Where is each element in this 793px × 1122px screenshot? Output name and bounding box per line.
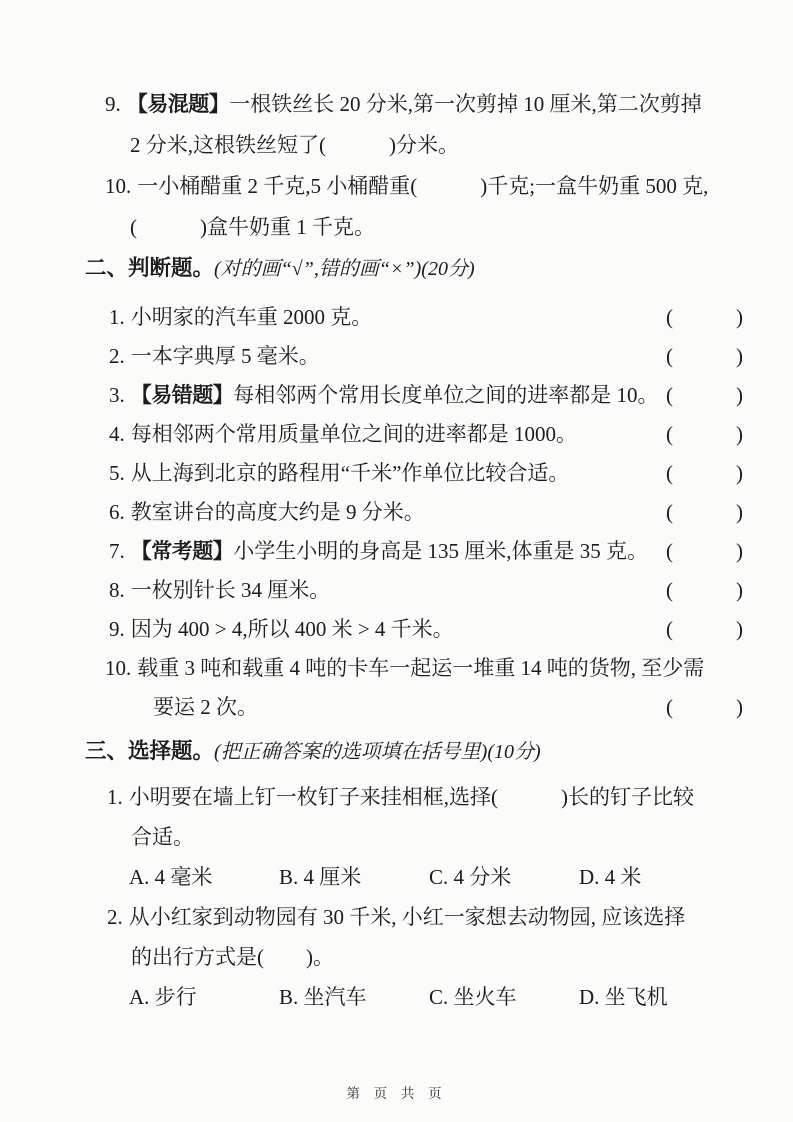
item-text: 每相邻两个常用长度单位之间的进率都是 10。 [233,383,658,407]
item-text: 小明家的汽车重 2000 克。 [131,305,373,329]
item-text: 一本字典厚 5 毫米。 [131,344,320,368]
question-tag: 【易混题】 [127,93,230,116]
item-number: 9. [109,617,125,641]
item-number: 10. [105,656,131,680]
judgment-item-7: 7.【常考题】小学生小明的身高是 135 厘米,体重是 35 克。 ( ) [85,532,743,571]
choice-question-1-options: A. 4 毫米B. 4 厘米C. 4 分米D. 4 米 [85,857,743,897]
question-text: 从小红家到动物园有 30 千米, 小红一家想去动物园, 应该选择 [129,905,686,929]
question-number: 1. [107,785,123,809]
judgment-text: 9.因为 400 > 4,所以 400 米 > 4 千米。 [109,610,454,649]
judgment-item-2: 2.一本字典厚 5 毫米。 ( ) [85,337,743,376]
item-tag: 【常考题】 [131,540,234,563]
question-text: 一根铁丝长 20 分米,第一次剪掉 10 厘米,第二次剪掉 [229,92,702,116]
item-text: 载重 3 吨和载重 4 吨的卡车一起运一堆重 14 吨的货物, 至少需 [137,656,704,680]
option-a: A. 步行 [129,977,279,1017]
judgment-item-8: 8.一枚别针长 34 厘米。 ( ) [85,571,743,610]
section3-header: 三、选择题。(把正确答案的选项填在括号里)(10分) [85,731,743,772]
judgment-item-10: 10.载重 3 吨和载重 4 吨的卡车一起运一堆重 14 吨的货物, 至少需 [85,649,743,688]
judgment-item-1: 1.小明家的汽车重 2000 克。 ( ) [85,298,743,337]
judgment-item-4: 4.每相邻两个常用质量单位之间的进率都是 1000。 ( ) [85,415,743,454]
answer-bracket: ( ) [666,532,743,571]
judgment-text: 6.教室讲台的高度大约是 9 分米。 [109,493,425,532]
option-b: B. 坐汽车 [279,977,429,1017]
choice-question-2: 2.从小红家到动物园有 30 千米, 小红一家想去动物园, 应该选择 [85,897,743,937]
item-number: 8. [109,578,125,602]
section2-header: 二、判断题。(对的画“√”,错的画“×”)(20分) [85,248,743,289]
judgment-item-3: 3.【易错题】每相邻两个常用长度单位之间的进率都是 10。 ( ) [85,376,743,415]
fill-in-question-10: 10.一小桶醋重 2 千克,5 小桶醋重( )千克;一盒牛奶重 500 克, [85,166,743,207]
judgment-text: 3.【易错题】每相邻两个常用长度单位之间的进率都是 10。 [109,376,659,415]
item-tag: 【易错题】 [131,384,234,407]
section2-title: 二、判断题。 [85,256,214,280]
question-number: 10. [105,174,131,198]
item-number: 3. [109,383,125,407]
item-number: 4. [109,422,125,446]
exam-content: 9.【易混题】一根铁丝长 20 分米,第一次剪掉 10 厘米,第二次剪掉 2 分… [85,84,743,1017]
option-b: B. 4 厘米 [279,857,429,897]
answer-bracket: ( ) [666,454,743,493]
page-footer: 第 页 共 页 [0,1082,793,1102]
item-number: 5. [109,461,125,485]
judgment-text: 8.一枚别针长 34 厘米。 [109,571,330,610]
judgment-item-6: 6.教室讲台的高度大约是 9 分米。 ( ) [85,493,743,532]
section3-instruction: (把正确答案的选项填在括号里)(10分) [214,741,541,763]
item-text: 每相邻两个常用质量单位之间的进率都是 1000。 [131,422,577,446]
exam-page: 9.【易混题】一根铁丝长 20 分米,第一次剪掉 10 厘米,第二次剪掉 2 分… [0,0,793,1122]
answer-bracket: ( ) [666,376,743,415]
item-text: 要运 2 次。 [153,695,258,719]
choice-question-1: 1.小明要在墙上钉一枚钉子来挂相框,选择( )长的钉子比较 [85,777,743,817]
option-c: C. 坐火车 [429,977,579,1017]
answer-bracket: ( ) [666,688,743,727]
option-d: D. 坐飞机 [579,977,668,1017]
judgment-item-10-cont: 要运 2 次。 ( ) [85,688,743,727]
judgment-text: 2.一本字典厚 5 毫米。 [109,337,320,376]
item-number: 2. [109,344,125,368]
judgment-item-5: 5.从上海到北京的路程用“千米”作单位比较合适。 ( ) [85,454,743,493]
answer-bracket: ( ) [666,337,743,376]
answer-bracket: ( ) [666,493,743,532]
answer-bracket: ( ) [666,571,743,610]
fill-in-question-9: 9.【易混题】一根铁丝长 20 分米,第一次剪掉 10 厘米,第二次剪掉 [85,84,743,125]
answer-bracket: ( ) [666,415,743,454]
judgment-text: 4.每相邻两个常用质量单位之间的进率都是 1000。 [109,415,577,454]
choice-question-2-options: A. 步行B. 坐汽车C. 坐火车D. 坐飞机 [85,977,743,1017]
question-number: 9. [105,92,121,116]
item-text: 因为 400 > 4,所以 400 米 > 4 千米。 [131,617,454,641]
item-number: 6. [109,500,125,524]
fill-in-question-9-cont: 2 分米,这根铁丝短了( )分米。 [85,125,743,166]
judgment-text: 10.载重 3 吨和载重 4 吨的卡车一起运一堆重 14 吨的货物, 至少需 [105,649,704,688]
item-number: 7. [109,539,125,563]
question-text: 一小桶醋重 2 千克,5 小桶醋重( )千克;一盒牛奶重 500 克, [137,174,708,198]
judgment-item-9: 9.因为 400 > 4,所以 400 米 > 4 千米。 ( ) [85,610,743,649]
judgment-text: 1.小明家的汽车重 2000 克。 [109,298,372,337]
answer-bracket: ( ) [666,610,743,649]
question-text: 小明要在墙上钉一枚钉子来挂相框,选择( )长的钉子比较 [129,785,694,809]
item-text: 一枚别针长 34 厘米。 [131,578,331,602]
item-number: 1. [109,305,125,329]
section2-instruction: (对的画“√”,错的画“×”)(20分) [214,258,475,280]
choice-question-2-cont: 的出行方式是( )。 [85,937,743,977]
answer-bracket: ( ) [666,298,743,337]
judgment-text: 要运 2 次。 [105,688,258,727]
item-text: 教室讲台的高度大约是 9 分米。 [131,500,425,524]
question-number: 2. [107,905,123,929]
choice-question-1-cont: 合适。 [85,817,743,857]
option-d: D. 4 米 [579,857,641,897]
section3-title: 三、选择题。 [85,739,214,763]
option-a: A. 4 毫米 [129,857,279,897]
fill-in-question-10-cont: ( )盒牛奶重 1 千克。 [85,207,743,248]
judgment-text: 7.【常考题】小学生小明的身高是 135 厘米,体重是 35 克。 [109,532,648,571]
option-c: C. 4 分米 [429,857,579,897]
item-text: 小学生小明的身高是 135 厘米,体重是 35 克。 [233,539,648,563]
judgment-text: 5.从上海到北京的路程用“千米”作单位比较合适。 [109,454,569,493]
item-text: 从上海到北京的路程用“千米”作单位比较合适。 [131,461,570,485]
